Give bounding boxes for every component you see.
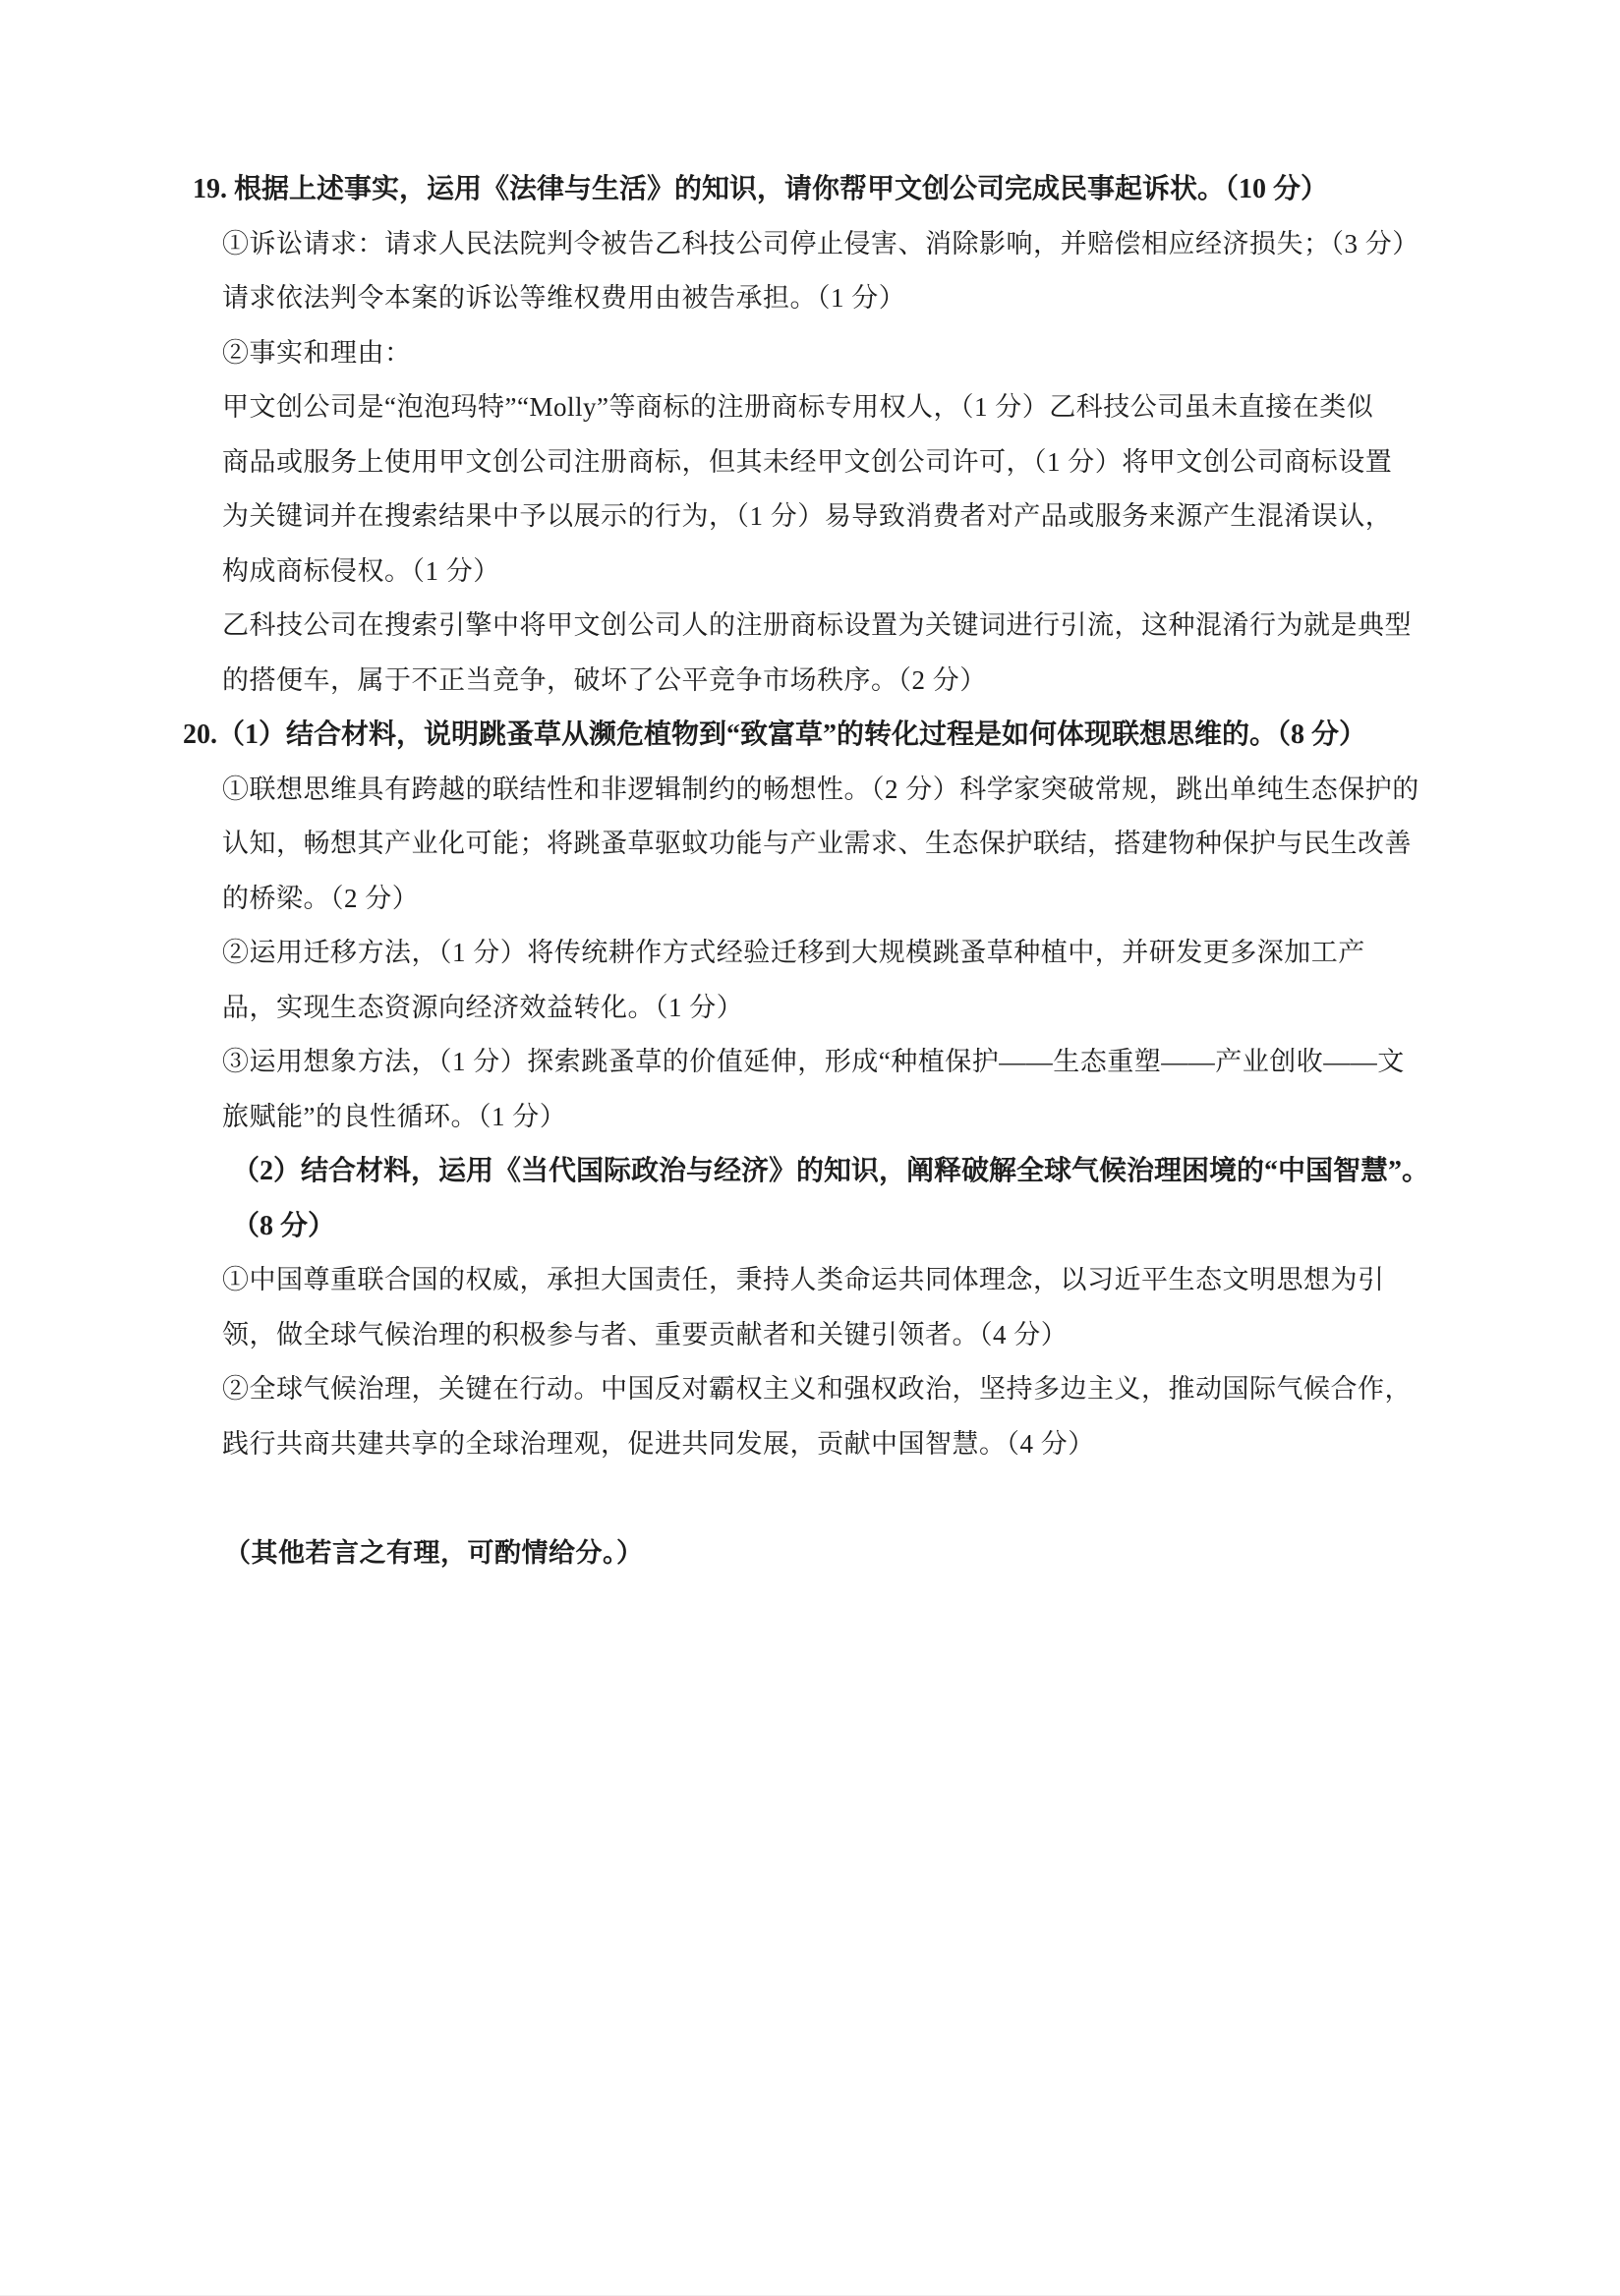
q19-answer-line: ①诉讼请求：请求人民法院判令被告乙科技公司停止侵害、消除影响，并赔偿相应经济损失… — [183, 217, 1447, 272]
q20-1-answer-line: 的桥梁。（2 分） — [183, 872, 1447, 927]
q19-answer-line: 构成商标侵权。（1 分） — [183, 545, 1447, 600]
q20-1-answer-line: ③运用想象方法，（1 分）探索跳蚤草的价值延伸，形成“种植保护——生态重塑——产… — [183, 1035, 1447, 1090]
question-20-1-heading: 20.（1）结合材料，说明跳蚤草从濒危植物到“致富草”的转化过程是如何体现联想思… — [183, 708, 1447, 763]
q20-1-answer-line: 认知，畅想其产业化可能；将跳蚤草驱蚊功能与产业需求、生态保护联结，搭建物种保护与… — [183, 817, 1447, 872]
q20-1-answer-line: ②运用迁移方法，（1 分）将传统耕作方式经验迁移到大规模跳蚤草种植中，并研发更多… — [183, 926, 1447, 981]
q19-answer-line: 为关键词并在搜索结果中予以展示的行为，（1 分）易导致消费者对产品或服务来源产生… — [183, 489, 1447, 545]
q20-1-answer-line: ①联想思维具有跨越的联结性和非逻辑制约的畅想性。（2 分）科学家突破常规，跳出单… — [183, 763, 1447, 818]
q20-1-answer-line: 品，实现生态资源向经济效益转化。（1 分） — [183, 981, 1447, 1036]
blank-line — [183, 1471, 1447, 1526]
question-19-heading: 19. 根据上述事实，运用《法律与生活》的知识，请你帮甲文创公司完成民事起诉状。… — [183, 162, 1447, 217]
q19-answer-line: ②事实和理由： — [183, 326, 1447, 381]
q20-2-answer-line: 领，做全球气候治理的积极参与者、重要贡献者和关键引领者。（4 分） — [183, 1308, 1447, 1363]
grading-note: （其他若言之有理，可酌情给分。） — [183, 1526, 1447, 1581]
question-20-2-heading: （8 分） — [183, 1199, 1447, 1254]
q20-2-answer-line: 践行共商共建共享的全球治理观，促进共同发展，贡献中国智慧。（4 分） — [183, 1417, 1447, 1472]
answer-sheet-page: 19. 根据上述事实，运用《法律与生活》的知识，请你帮甲文创公司完成民事起诉状。… — [0, 0, 1620, 2296]
q19-answer-line: 乙科技公司在搜索引擎中将甲文创公司人的注册商标设置为关键词进行引流，这种混淆行为… — [183, 599, 1447, 654]
q20-2-answer-line: ②全球气候治理，关键在行动。中国反对霸权主义和强权政治，坚持多边主义，推动国际气… — [183, 1362, 1447, 1417]
answer-text-block: 19. 根据上述事实，运用《法律与生活》的知识，请你帮甲文创公司完成民事起诉状。… — [183, 162, 1447, 1580]
q19-answer-line: 甲文创公司是“泡泡玛特”“Molly”等商标的注册商标专用权人，（1 分）乙科技… — [183, 380, 1447, 435]
q20-2-answer-line: ①中国尊重联合国的权威，承担大国责任，秉持人类命运共同体理念，以习近平生态文明思… — [183, 1253, 1447, 1308]
q19-answer-line: 请求依法判令本案的诉讼等维权费用由被告承担。（1 分） — [183, 271, 1447, 326]
q19-answer-line: 商品或服务上使用甲文创公司注册商标，但其未经甲文创公司许可，（1 分）将甲文创公… — [183, 435, 1447, 490]
question-20-2-heading: （2）结合材料，运用《当代国际政治与经济》的知识，阐释破解全球气候治理困境的“中… — [183, 1144, 1447, 1199]
q19-answer-line: 的搭便车，属于不正当竞争，破坏了公平竞争市场秩序。（2 分） — [183, 654, 1447, 709]
q20-1-answer-line: 旅赋能”的良性循环。（1 分） — [183, 1090, 1447, 1145]
